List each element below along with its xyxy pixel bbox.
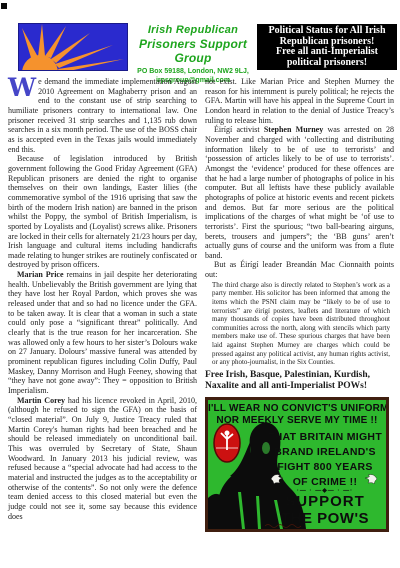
banner-line: political prisoners! <box>257 58 397 69</box>
name-marian-price: Marian Price <box>17 270 64 279</box>
dove-icon <box>270 473 284 485</box>
poster-line-800-years: FIGHT 800 YEARS <box>266 461 384 473</box>
paragraph-maghaberry: We demand the immediate implementation A… <box>8 77 197 154</box>
masthead: Irish Republican Prisoners Support Group… <box>0 0 400 77</box>
paragraph-text: remains in jail despite her deterioratin… <box>8 270 197 395</box>
banner-line: Political Status for All Irish <box>257 26 397 37</box>
prisoner-badge-icon <box>212 422 242 464</box>
dove-icon <box>364 473 378 485</box>
org-address: PO Box 59188, London, NW2 9LJ, <box>128 67 258 76</box>
right-column: not exist. Like Marian Price and Stephen… <box>205 77 394 532</box>
paragraph-text: was arrested on 28 November and charged … <box>205 125 394 260</box>
paragraph-text: had his licence revoked in April, 2010, … <box>8 396 197 521</box>
paragraph-stephen-murney: Éirígí activist Stephen Murney was arres… <box>205 125 394 260</box>
poster-line-serve-time: NOR MEEKLY SERVE MY TIME !! <box>208 415 386 426</box>
political-status-banner: Political Status for All Irish Republica… <box>257 24 397 70</box>
paragraph-marian-price: Marian Price remains in jail despite her… <box>8 270 197 396</box>
name-stephen-murney: Stephen Murney <box>264 125 323 134</box>
poster-signature <box>264 522 304 528</box>
paragraph-not-exist: not exist. Like Marian Price and Stephen… <box>205 77 394 125</box>
article-body: We demand the immediate implementation A… <box>8 77 394 532</box>
leaflet-page: Irish Republican Prisoners Support Group… <box>0 0 400 568</box>
blockquote-mac-cionnaith: The third charge also is directly relate… <box>212 281 390 367</box>
org-name-line2: Prisoners Support Group <box>128 37 258 65</box>
paragraph-gfa-legislation: Because of legislation introduced by Bri… <box>8 154 197 270</box>
poster-support: SUPPORT <box>266 493 384 510</box>
paragraph-mac-cionnaith: But as Éirígí leader Breandán Mac Cionna… <box>205 260 394 279</box>
name-martin-corey: Martin Corey <box>17 396 65 405</box>
sunburst-logo <box>18 23 128 71</box>
org-name-line1: Irish Republican <box>128 24 258 37</box>
poster-line-brand-ireland: BRAND IRELAND'S <box>266 446 384 458</box>
org-title-block: Irish Republican Prisoners Support Group… <box>128 24 258 85</box>
sunburst-icon <box>19 24 127 70</box>
poster-line-uniform: I'LL WEAR NO CONVICT'S UNIFORM <box>208 403 386 414</box>
paragraph-martin-corey: Martin Corey had his licence revoked in … <box>8 396 197 522</box>
dropcap-w: W <box>8 77 38 97</box>
poster-line-britain: THAT BRITAIN MIGHT <box>266 431 384 443</box>
left-column: We demand the immediate implementation A… <box>8 77 197 532</box>
pows-poster: I'LL WEAR NO CONVICT'S UNIFORM NOR MEEKL… <box>205 397 389 532</box>
free-pows-slogan: Free Irish, Basque, Palestinian, Kurdish… <box>205 370 394 392</box>
paragraph-text: Éirígí activist <box>214 125 264 134</box>
